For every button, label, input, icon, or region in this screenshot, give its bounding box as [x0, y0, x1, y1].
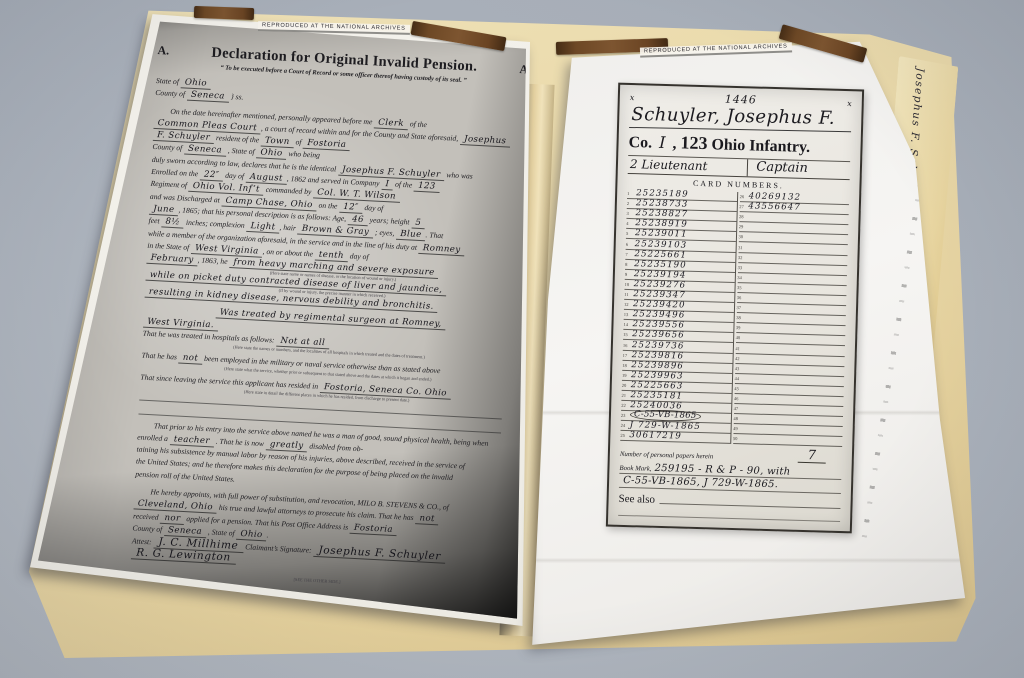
row-number: 25 [620, 432, 629, 440]
row-number: 4 [626, 220, 635, 228]
card-numbers-table: 1252351892252387333252388274252389195252… [620, 189, 849, 447]
rank-lieutenant: 2 Lieutenant [628, 156, 749, 176]
row-number: 41 [735, 345, 744, 353]
rank-captain: Captain [748, 159, 850, 179]
row-number: 13 [624, 311, 633, 319]
photo-scene: Josephus F. Schuyler 1894/1912 A. Declar… [0, 0, 1024, 678]
row-number: 12 [624, 301, 633, 309]
row-number: 38 [736, 314, 745, 322]
card-numbers-left: 1252351892252387333252388274252389195252… [620, 189, 737, 444]
row-number: 8 [625, 261, 634, 269]
card-numbers-right: 2640269132274355664728293031323334353637… [730, 192, 850, 447]
corner-x-mark-right: x [847, 99, 852, 108]
card-number: 1446 [725, 93, 757, 107]
row-number: 16 [623, 341, 632, 349]
row-number: 31 [738, 244, 747, 252]
row-number: 2 [627, 200, 636, 208]
see-also-rule [660, 502, 841, 509]
row-number: 43 [735, 365, 744, 373]
corner-x-mark-left: x [630, 93, 635, 102]
row-number: 44 [734, 375, 743, 383]
regiment-number: 123 [680, 132, 708, 153]
row-number: 35 [737, 284, 746, 292]
row-number: 48 [733, 415, 742, 423]
row-number: 29 [739, 223, 748, 231]
row-number: 17 [623, 351, 632, 359]
row-number: 23 [621, 412, 630, 420]
row-number: 45 [734, 385, 743, 393]
row-number: 18 [622, 362, 631, 370]
row-number: 11 [624, 291, 633, 299]
row-number: 5 [626, 230, 635, 238]
row-number: 26 [739, 193, 748, 201]
company-letter: I [656, 133, 669, 152]
row-number: 49 [733, 425, 742, 433]
scan-edge-smudges [860, 83, 938, 548]
row-number: 46 [734, 395, 743, 403]
row-number: 9 [625, 271, 634, 279]
right-page-wrapper [0, 0, 1024, 678]
row-number: 50 [733, 435, 742, 443]
row-number: 30 [738, 234, 747, 242]
row-number: 40 [736, 334, 745, 342]
tape-strip [194, 6, 254, 20]
row-number: 47 [734, 405, 743, 413]
row-number: 39 [736, 324, 745, 332]
row-number: 32 [738, 254, 747, 262]
row-number: 6 [626, 240, 635, 248]
service-record-card: x 1446 x Schuyler, Josephus F. Co. I , 1… [606, 83, 864, 534]
unit-name: Ohio Infantry. [711, 136, 810, 156]
row-number: 27 [739, 203, 748, 211]
row-number: 34 [737, 274, 746, 282]
row-number: 42 [735, 355, 744, 363]
row-number: 7 [625, 251, 634, 259]
book-mark-label: Book Mark, [619, 465, 651, 473]
row-number: 20 [622, 382, 631, 390]
row-number: 36 [737, 294, 746, 302]
card-number-value: 30617219 [629, 431, 682, 441]
soldier-name: Schuyler, Josephus F. [629, 104, 851, 132]
unit-co-label: Co. [628, 134, 652, 152]
row-number: 24 [621, 422, 630, 430]
row-number: 3 [626, 210, 635, 218]
see-also-label: See also [618, 493, 655, 506]
row-number: 15 [623, 331, 632, 339]
card-number-value: 43556647 [748, 203, 801, 213]
blank-rule [618, 515, 840, 522]
papers-count: 7 [798, 450, 826, 464]
row-number: 10 [624, 281, 633, 289]
row-number: 37 [736, 304, 745, 312]
row-number: 28 [739, 213, 748, 221]
row-number: 33 [738, 264, 747, 272]
row-number: 14 [623, 321, 632, 329]
row-number: 19 [622, 372, 631, 380]
row-number: 21 [621, 392, 630, 400]
row-number: 22 [621, 402, 630, 410]
row-number: 1 [627, 190, 636, 198]
